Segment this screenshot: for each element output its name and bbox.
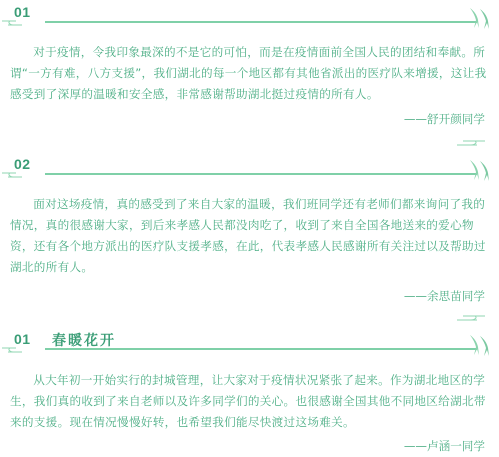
section-title: 春暖花开 xyxy=(52,330,116,350)
testimonial-paragraph: 对于疫情，令我印象最深的不是它的可怕，而是在疫情面前全国人民的团结和奉献。所谓“… xyxy=(10,42,488,105)
swallow-birds-icon xyxy=(467,158,493,184)
swallow-birds-icon xyxy=(467,333,493,359)
divider-line xyxy=(45,173,477,175)
divider-line xyxy=(45,21,477,23)
section-header: 01 春暖花开 xyxy=(0,331,499,361)
testimonial-signature: ——卢涵一同学 xyxy=(404,438,485,454)
cloud-swirl-icon xyxy=(2,20,28,26)
cloud-swirl-icon xyxy=(457,315,485,321)
cloud-swirl-icon xyxy=(2,347,28,353)
section-number: 02 xyxy=(14,156,31,172)
cloud-swirl-icon xyxy=(2,172,28,178)
divider-line xyxy=(45,348,477,350)
testimonial-paragraph: 从大年初一开始实行的封城管理，让大家对于疫情状况紧张了起来。作为湖北地区的学生，… xyxy=(10,370,488,433)
swallow-birds-icon xyxy=(467,6,493,32)
testimonial-signature: ——舒开颜同学 xyxy=(404,111,485,127)
testimonial-signature: ——余思苗同学 xyxy=(404,288,485,304)
section-number: 01 xyxy=(14,331,31,347)
section-header: 02 xyxy=(0,156,499,186)
section-number: 01 xyxy=(14,4,31,20)
testimonial-paragraph: 面对这场疫情，真的感受到了来自大家的温暖，我们班同学还有老师们都来询问了我的情况… xyxy=(10,194,488,278)
section-header: 01 xyxy=(0,4,499,34)
cloud-swirl-icon xyxy=(457,140,485,146)
